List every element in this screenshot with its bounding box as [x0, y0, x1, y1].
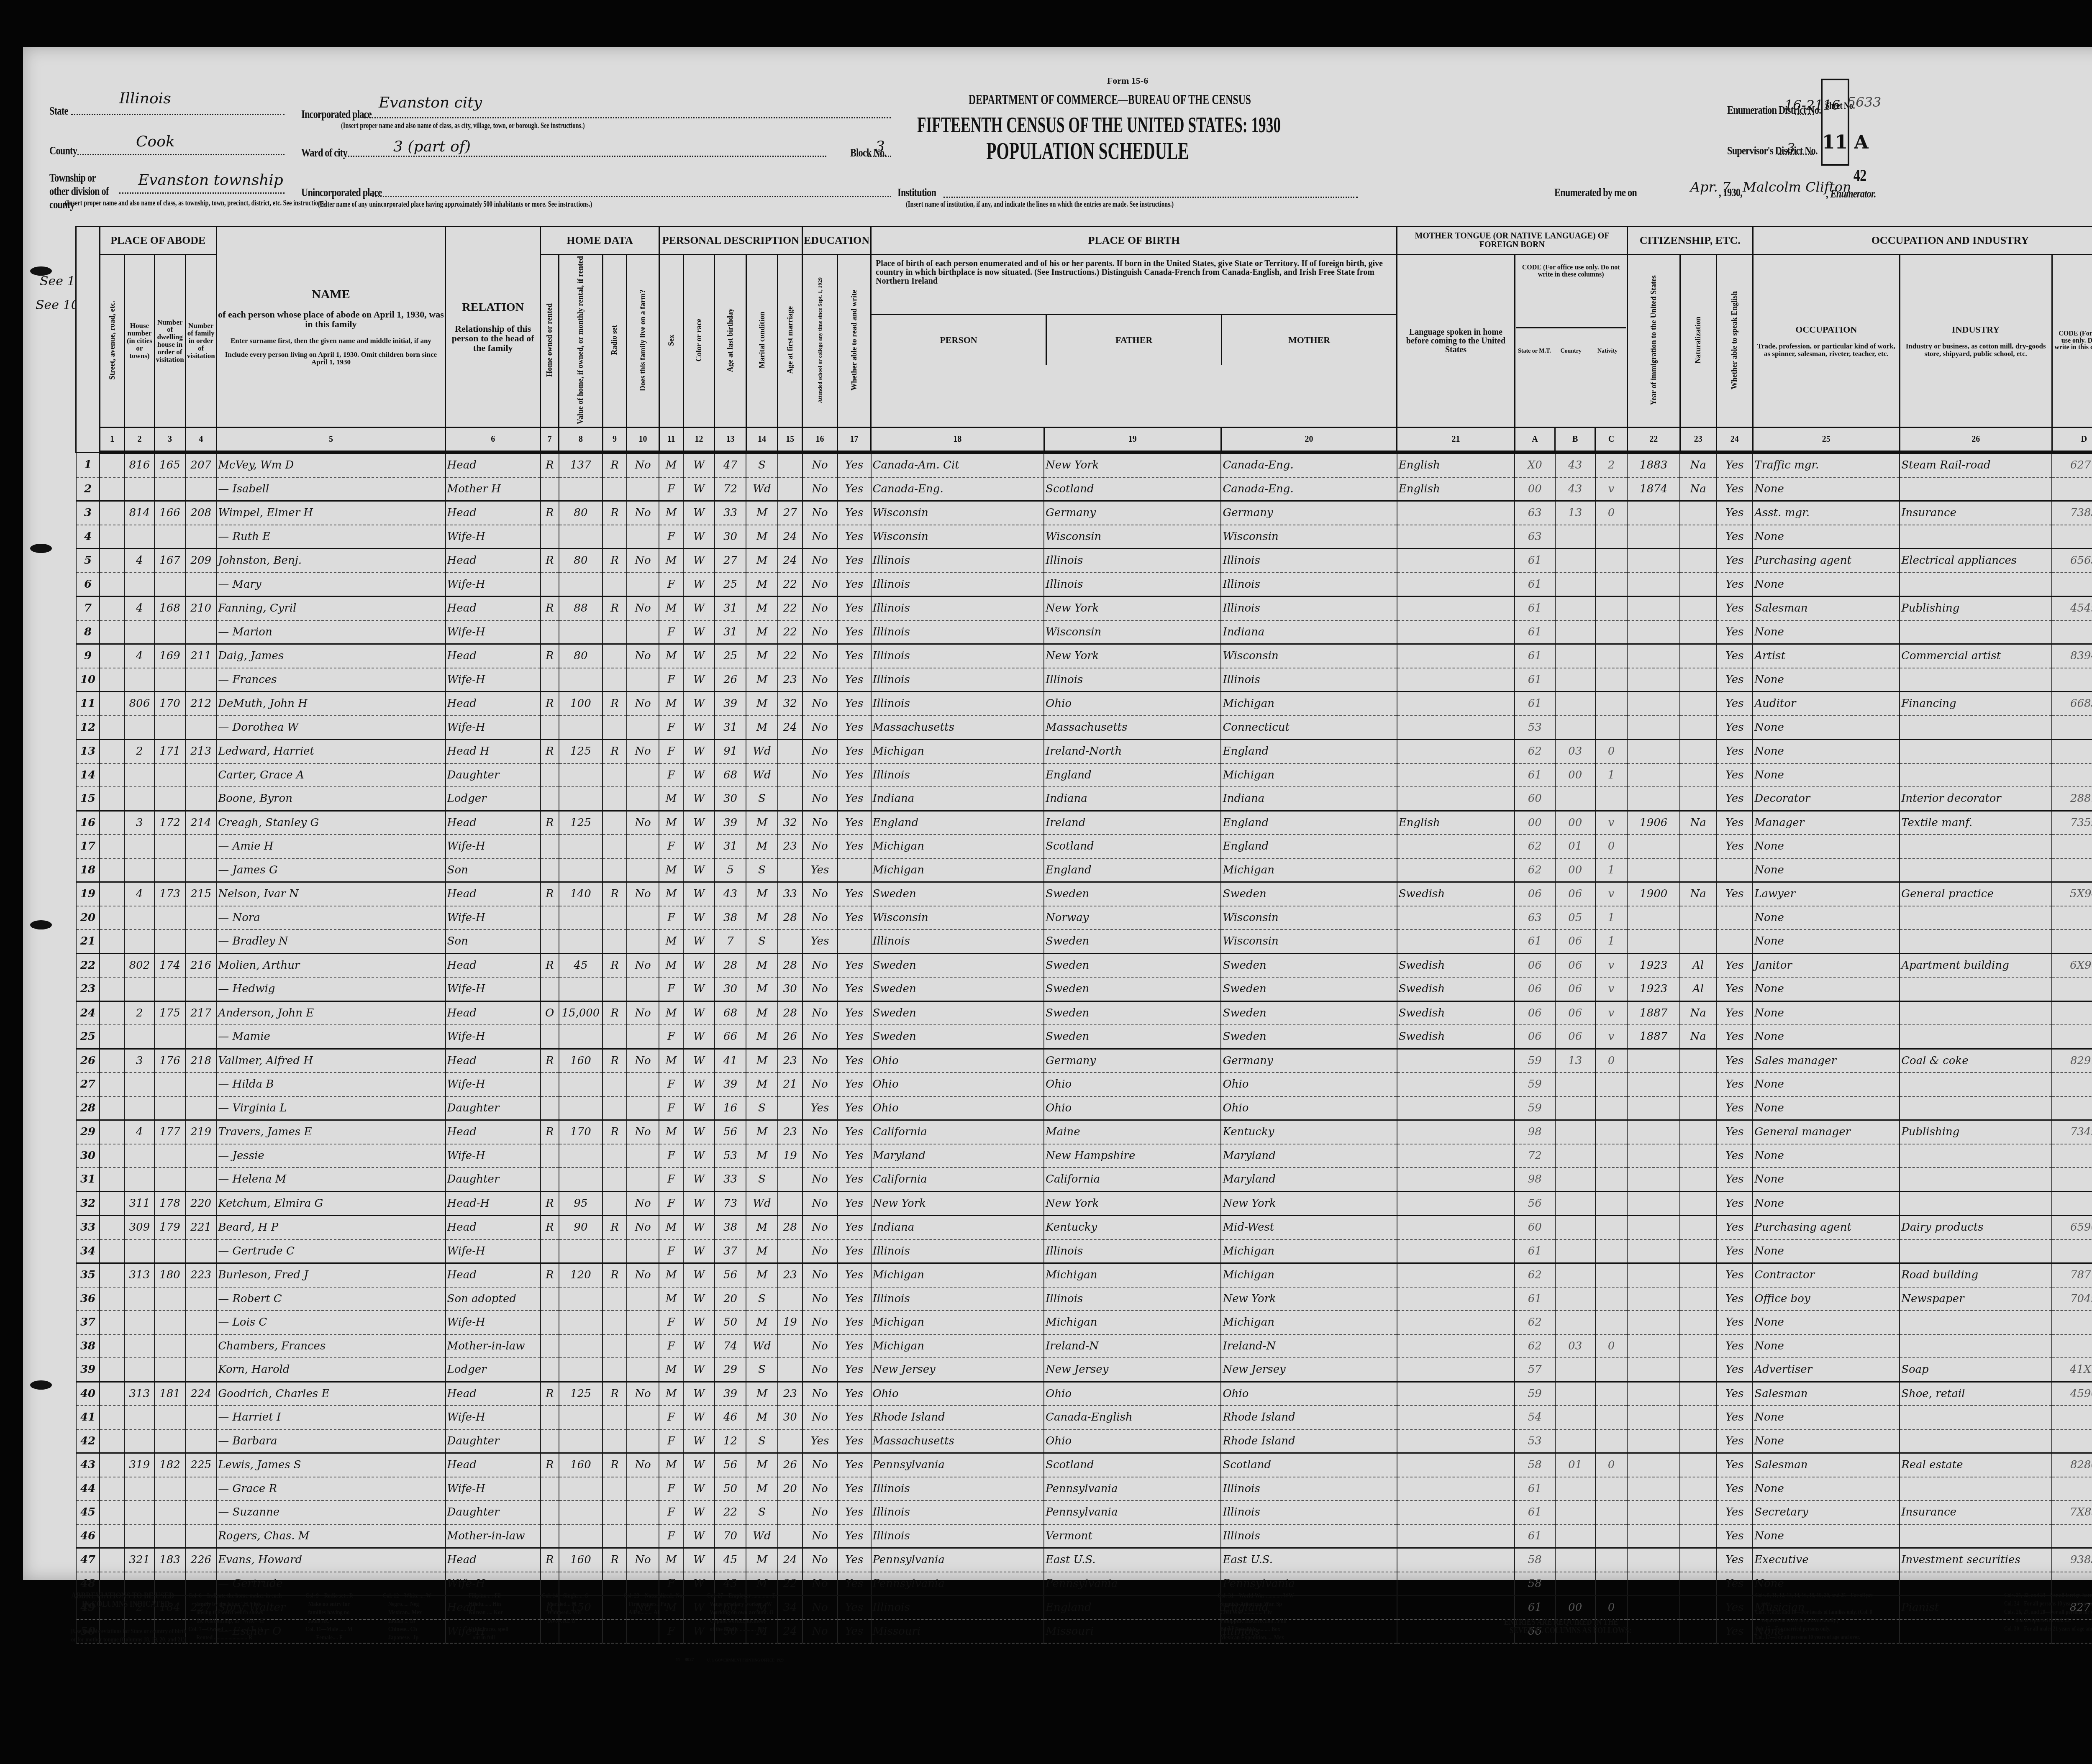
cell-school: No	[802, 1216, 838, 1239]
cell-sex: F	[659, 1311, 683, 1334]
cell-nat	[1680, 1334, 1716, 1358]
cell-marital: M	[746, 692, 778, 716]
cell-value	[559, 1311, 603, 1334]
cell-race: W	[683, 1548, 715, 1572]
cell-occ: None	[1753, 1001, 1900, 1025]
cell-bp-f: Scotland	[1044, 1453, 1221, 1477]
cell-cc	[1595, 1120, 1627, 1144]
cell-family	[185, 1477, 216, 1501]
cell-owned: R	[541, 1382, 559, 1406]
cell-age-mar: 30	[778, 977, 802, 1001]
cell-imm: 1887	[1627, 1001, 1680, 1025]
cell-bp: Ohio	[871, 1049, 1044, 1073]
cell-family	[185, 1144, 216, 1168]
cell-ind	[1900, 740, 2052, 763]
cell-relation: Mother-in-law	[446, 1334, 541, 1358]
cell-radio	[602, 573, 627, 597]
cell-marital: Wd	[746, 763, 778, 787]
cell-bp: Illinois	[871, 573, 1044, 597]
cell-street	[100, 1025, 124, 1049]
cell-ocode: 8291	[2052, 1049, 2092, 1073]
cell-bp: Maryland	[871, 1144, 1044, 1168]
cell-relation: Son adopted	[446, 1287, 541, 1311]
table-row: 94169211Daig, JamesHeadR80NoMW25M22NoYes…	[76, 644, 2092, 668]
cell-ind	[1900, 1311, 2052, 1334]
cell-age: 46	[715, 1406, 746, 1429]
cell-ca: 61	[1515, 644, 1555, 668]
cell-farm	[627, 977, 659, 1001]
cell-name: — Frances	[216, 668, 445, 692]
cell-bp: Pennsylvania	[871, 1572, 1044, 1596]
abbrev-col12b: Filipino..... Fil Hindu...... Hin Korean…	[469, 1592, 508, 1642]
cell-bp-f: Massachusetts	[1044, 716, 1221, 740]
cell-age: 31	[715, 620, 746, 644]
cell-bp-f: Illinois	[1044, 1287, 1221, 1311]
printer: U. S. GOVERNMENT PRINTING OFFICE: 1929	[707, 1656, 784, 1665]
cell-eng: Yes	[1716, 525, 1753, 549]
col-age-label: Age at last birthday	[726, 308, 734, 372]
cell-age-mar	[778, 1500, 802, 1524]
cell-race: W	[683, 882, 715, 906]
cell-sex: F	[659, 620, 683, 644]
cell-street	[100, 1191, 124, 1216]
cell-bp-m: Sweden	[1221, 953, 1397, 977]
industry-label: INDUSTRY	[1901, 325, 2051, 334]
cell-eng: Yes	[1716, 1429, 1753, 1453]
cell-ocode: 6683	[2052, 692, 2092, 716]
cell-bp: Ohio	[871, 1382, 1044, 1406]
cell-owned: R	[541, 452, 559, 477]
cell-relation: Head	[446, 692, 541, 716]
cell-school: No	[802, 906, 838, 930]
cell-bp-f: Norway	[1044, 906, 1221, 930]
cell-read: Yes	[838, 811, 871, 835]
cell-read: Yes	[838, 668, 871, 692]
cell-bp: England	[871, 811, 1044, 835]
cell-name: — Mary	[216, 573, 445, 597]
cell-race: W	[683, 452, 715, 477]
cell-age: 31	[715, 597, 746, 620]
cell-dwelling: 169	[154, 644, 185, 668]
ward-label: Ward of city	[301, 146, 347, 160]
cell-cb	[1555, 1191, 1595, 1216]
cell-occ: None	[1753, 929, 1900, 953]
cell-ind	[1900, 1334, 2052, 1358]
cell-lang	[1397, 1382, 1515, 1406]
cell-ocode	[2052, 1025, 2092, 1049]
cell-ca: 98	[1515, 1167, 1555, 1191]
cell-radio	[602, 906, 627, 930]
cell-farm	[627, 1429, 659, 1453]
cell-ind	[1900, 763, 2052, 787]
cell-street	[100, 549, 124, 573]
cell-school: No	[802, 1620, 838, 1644]
sheet-value: 11 A	[1822, 132, 1869, 153]
code-b-label: Country	[1553, 348, 1589, 355]
cell-farm: No	[627, 953, 659, 977]
cell-race: W	[683, 811, 715, 835]
cell-race: W	[683, 1524, 715, 1548]
cell-street	[100, 1216, 124, 1239]
cell-sex: F	[659, 477, 683, 501]
cell-bp-m: Maryland	[1221, 1167, 1397, 1191]
cell-eng: Yes	[1716, 501, 1753, 525]
line-number: 36	[76, 1287, 100, 1311]
cell-ca: 61	[1515, 1239, 1555, 1263]
cell-cc	[1595, 1263, 1627, 1287]
line-number: 37	[76, 1311, 100, 1334]
cell-farm: No	[627, 1548, 659, 1572]
cell-relation: Head	[446, 1548, 541, 1572]
col-occupation: OCCUPATION Trade, profession, or particu…	[1753, 255, 1900, 428]
cell-value	[559, 835, 603, 858]
cell-owned	[541, 906, 559, 930]
cell-nat	[1680, 1477, 1716, 1501]
cell-read: Yes	[838, 1406, 871, 1429]
cell-read: Yes	[838, 716, 871, 740]
cell-eng: Yes	[1716, 787, 1753, 811]
cell-street	[100, 501, 124, 525]
cell-radio	[602, 716, 627, 740]
cell-bp: Illinois	[871, 1596, 1044, 1620]
cell-ocode	[2052, 1311, 2092, 1334]
cell-radio	[602, 1191, 627, 1216]
sd-label: Supervisor's District No.	[1727, 144, 1818, 158]
cell-school: No	[802, 1001, 838, 1025]
occupation-label: OCCUPATION	[1754, 325, 1898, 334]
cell-sex: M	[659, 1358, 683, 1382]
cell-family	[185, 1500, 216, 1524]
cell-nat	[1680, 620, 1716, 644]
cell-occ: None	[1753, 573, 1900, 597]
cell-occ: Advertiser	[1753, 1358, 1900, 1382]
cell-dwelling: 172	[154, 811, 185, 835]
cell-occ: None	[1753, 858, 1900, 882]
table-row: 47321183226Evans, HowardHeadR160RNoMW45M…	[76, 1548, 2092, 1572]
cell-farm	[627, 763, 659, 787]
cell-sex: M	[659, 501, 683, 525]
cell-cc	[1595, 644, 1627, 668]
cell-marital: M	[746, 1120, 778, 1144]
cell-bp-f: Sweden	[1044, 977, 1221, 1001]
cell-bp-f: Missouri	[1044, 1620, 1221, 1644]
cell-radio	[602, 1429, 627, 1453]
cell-owned: R	[541, 1049, 559, 1073]
cell-relation: Daughter	[446, 1096, 541, 1120]
cell-family: 226	[185, 1548, 216, 1572]
cell-imm	[1627, 787, 1680, 811]
cell-relation: Wife-H	[446, 1406, 541, 1429]
cell-eng: Yes	[1716, 1120, 1753, 1144]
line-number: 24	[76, 1001, 100, 1025]
cell-cb	[1555, 1548, 1595, 1572]
cell-occ: Contractor	[1753, 1263, 1900, 1287]
cell-age-mar	[778, 1239, 802, 1263]
cell-sex: F	[659, 573, 683, 597]
cell-cc	[1595, 597, 1627, 620]
cell-age-mar: 23	[778, 1120, 802, 1144]
cell-occ: None	[1753, 1096, 1900, 1120]
cell-cc	[1595, 716, 1627, 740]
abbrev-col14: Col. 14—Single..... S Married... M Widow…	[542, 1592, 588, 1625]
cell-age-mar: 21	[778, 1073, 802, 1096]
cell-race: W	[683, 1477, 715, 1501]
cell-family: 213	[185, 740, 216, 763]
cell-nat	[1680, 858, 1716, 882]
cell-dwelling	[154, 763, 185, 787]
cell-cb: 00	[1555, 1596, 1595, 1620]
cell-family	[185, 1025, 216, 1049]
cell-name: — Marion	[216, 620, 445, 644]
table-row: 31— Helena MDaughterFW33SNoYesCalifornia…	[76, 1167, 2092, 1191]
cell-name: Johnston, Benj.	[216, 549, 445, 573]
cell-nat	[1680, 1191, 1716, 1216]
cell-dwelling	[154, 1334, 185, 1358]
cell-dwelling	[154, 1144, 185, 1168]
cell-age-mar	[778, 740, 802, 763]
cell-read: Yes	[838, 501, 871, 525]
cell-radio	[602, 1144, 627, 1168]
cell-age: 25	[715, 644, 746, 668]
cell-ca: 00	[1515, 811, 1555, 835]
cell-age: 25	[715, 573, 746, 597]
cell-age-mar	[778, 477, 802, 501]
cell-nat	[1680, 1500, 1716, 1524]
line-number: 31	[76, 1167, 100, 1191]
col-street: Street, avenue, road, etc.	[100, 255, 124, 428]
cell-owned	[541, 1287, 559, 1311]
cell-lang	[1397, 1358, 1515, 1382]
cell-house	[125, 1239, 154, 1263]
cell-bp-m: Wisconsin	[1221, 525, 1397, 549]
cell-race: W	[683, 1001, 715, 1025]
table-row: 32311178220Ketchum, Elmira GHead-HR95NoF…	[76, 1191, 2092, 1216]
name-desc: of each person whose place of abode on A…	[218, 310, 444, 329]
cell-bp-f: Illinois	[1044, 1239, 1221, 1263]
cell-eng: Yes	[1716, 1216, 1753, 1239]
cell-school: No	[802, 811, 838, 835]
cell-eng: Yes	[1716, 549, 1753, 573]
cell-dwelling	[154, 1287, 185, 1311]
cell-radio	[602, 835, 627, 858]
cell-eng: Yes	[1716, 1191, 1753, 1216]
cell-cb: 43	[1555, 452, 1595, 477]
cell-relation: Mother-in-law	[446, 1524, 541, 1548]
cell-house	[125, 525, 154, 549]
cell-farm	[627, 858, 659, 882]
cell-read: Yes	[838, 763, 871, 787]
cell-house: 313	[125, 1382, 154, 1406]
cell-cc	[1595, 1358, 1627, 1382]
cell-farm: No	[627, 740, 659, 763]
cell-read: Yes	[838, 953, 871, 977]
cell-farm	[627, 1334, 659, 1358]
cell-relation: Head	[446, 882, 541, 906]
cell-owned	[541, 1500, 559, 1524]
cell-ca: 06	[1515, 1025, 1555, 1049]
cell-ca: 61	[1515, 668, 1555, 692]
cell-eng: Yes	[1716, 1144, 1753, 1168]
cell-family: 218	[185, 1049, 216, 1073]
cell-lang	[1397, 1073, 1515, 1096]
cell-lang: Swedish	[1397, 977, 1515, 1001]
cell-cc: 0	[1595, 835, 1627, 858]
line-number: 8	[76, 620, 100, 644]
cell-value	[559, 906, 603, 930]
cell-farm: No	[627, 501, 659, 525]
cell-occ: None	[1753, 1167, 1900, 1191]
cell-bp-f: Sweden	[1044, 1001, 1221, 1025]
cell-radio	[602, 644, 627, 668]
cell-farm: No	[627, 1263, 659, 1287]
cell-dwelling: 171	[154, 740, 185, 763]
cell-lang	[1397, 1263, 1515, 1287]
cell-bp: Sweden	[871, 1025, 1044, 1049]
cell-ind	[1900, 1096, 2052, 1120]
cell-age-mar: 24	[778, 549, 802, 573]
cell-marital: Wd	[746, 1191, 778, 1216]
cell-bp-m: Canada-Eng.	[1221, 477, 1397, 501]
cell-nat: Al	[1680, 953, 1716, 977]
group-citizenship: CITIZENSHIP, ETC.	[1627, 227, 1753, 255]
cell-imm	[1627, 1191, 1680, 1216]
cell-eng: Yes	[1716, 1049, 1753, 1073]
cell-nat: Na	[1680, 477, 1716, 501]
cell-ca: 61	[1515, 1287, 1555, 1311]
cell-house	[125, 1358, 154, 1382]
cell-farm: No	[627, 1216, 659, 1239]
cell-ca: 61	[1515, 549, 1555, 573]
cell-ocode: 9383	[2052, 1548, 2092, 1572]
birth-description: Place of birth of each person enumerated…	[876, 259, 1392, 314]
cell-family: 225	[185, 1453, 216, 1477]
cell-occ: Auditor	[1753, 692, 1900, 716]
birth-mother-label: MOTHER	[1221, 315, 1396, 365]
cell-bp-f: Sweden	[1044, 1025, 1221, 1049]
cell-ind	[1900, 716, 2052, 740]
cell-family: 215	[185, 882, 216, 906]
cell-ca: 61	[1515, 620, 1555, 644]
cell-age-mar: 22	[778, 597, 802, 620]
cell-name: Travers, James E	[216, 1120, 445, 1144]
cell-eng: Yes	[1716, 692, 1753, 716]
cell-cc: 0	[1595, 1049, 1627, 1073]
col-house: House number (in cities or towns)	[125, 255, 154, 428]
cell-value	[559, 977, 603, 1001]
cell-read	[838, 858, 871, 882]
cell-dwelling	[154, 1073, 185, 1096]
cell-family	[185, 1287, 216, 1311]
table-row: 36— Robert CSon adoptedMW20SNoYesIllinoi…	[76, 1287, 2092, 1311]
table-row: 74168210Fanning, CyrilHeadR88RNoMW31M22N…	[76, 597, 2092, 620]
cell-radio: R	[602, 501, 627, 525]
cell-house	[125, 716, 154, 740]
incorporated-value: Evanston city	[379, 94, 482, 111]
cell-bp-m: Rhode Island	[1221, 1429, 1397, 1453]
cell-bp-m: Germany	[1221, 501, 1397, 525]
cell-street	[100, 452, 124, 477]
cell-bp-m: New York	[1221, 1287, 1397, 1311]
cell-value: 160	[559, 1453, 603, 1477]
cell-ca: 62	[1515, 1311, 1555, 1334]
cell-farm	[627, 787, 659, 811]
cell-ca: 62	[1515, 1263, 1555, 1287]
cell-lang: English	[1397, 452, 1515, 477]
cell-family	[185, 620, 216, 644]
cell-radio	[602, 1406, 627, 1429]
cell-lang	[1397, 906, 1515, 930]
cell-marital: M	[746, 1025, 778, 1049]
cell-cb	[1555, 1572, 1595, 1596]
cell-value: 80	[559, 644, 603, 668]
cell-cb	[1555, 1073, 1595, 1096]
line-number: 47	[76, 1548, 100, 1572]
cell-bp: Michigan	[871, 835, 1044, 858]
cell-bp-m: Indiana	[1221, 620, 1397, 644]
cell-cb: 06	[1555, 1025, 1595, 1049]
cell-read: Yes	[838, 740, 871, 763]
cell-school: No	[802, 452, 838, 477]
cell-eng: Yes	[1716, 1096, 1753, 1120]
cell-race: W	[683, 1144, 715, 1168]
cell-value	[559, 620, 603, 644]
cell-family: 211	[185, 644, 216, 668]
cell-age: 29	[715, 1358, 746, 1382]
cell-ocode: 41X9	[2052, 1358, 2092, 1382]
margin-note: See 10	[36, 298, 79, 312]
cell-age: 68	[715, 1001, 746, 1025]
abbrev-col9: Col. 9—Radio set.. R Make no entry for f…	[305, 1592, 353, 1642]
cell-bp: Indiana	[871, 787, 1044, 811]
cell-eng	[1716, 858, 1753, 882]
cell-occ: Sales manager	[1753, 1049, 1900, 1073]
cell-occ: None	[1753, 1311, 1900, 1334]
cell-lang	[1397, 525, 1515, 549]
cell-marital: M	[746, 1382, 778, 1406]
cell-ind: Apartment building	[1900, 953, 2052, 977]
cell-nat	[1680, 1311, 1716, 1334]
cell-age: 74	[715, 1334, 746, 1358]
cell-race: W	[683, 740, 715, 763]
cell-dwelling: 175	[154, 1001, 185, 1025]
cell-school: No	[802, 882, 838, 906]
cell-family	[185, 716, 216, 740]
cell-nat	[1680, 668, 1716, 692]
cell-relation: Wife-H	[446, 716, 541, 740]
cell-race: W	[683, 858, 715, 882]
cell-lang	[1397, 1287, 1515, 1311]
cell-age-mar: 33	[778, 882, 802, 906]
cell-eng: Yes	[1716, 1167, 1753, 1191]
cell-age-mar: 22	[778, 644, 802, 668]
cell-name: Molien, Arthur	[216, 953, 445, 977]
stamp-number: 42	[1854, 165, 1866, 185]
cell-cc	[1595, 1406, 1627, 1429]
cell-name: — Ruth E	[216, 525, 445, 549]
cell-read: Yes	[838, 906, 871, 930]
cell-owned	[541, 1524, 559, 1548]
cell-imm	[1627, 1524, 1680, 1548]
cell-age: 30	[715, 525, 746, 549]
col-age: Age at last birthday	[715, 255, 746, 428]
cell-radio: R	[602, 882, 627, 906]
cell-occ: None	[1753, 906, 1900, 930]
cell-house	[125, 573, 154, 597]
cell-radio	[602, 1500, 627, 1524]
cell-cb: 13	[1555, 1049, 1595, 1073]
col-age-marriage-label: Age at first marriage	[786, 306, 794, 374]
cell-eng: Yes	[1716, 1453, 1753, 1477]
